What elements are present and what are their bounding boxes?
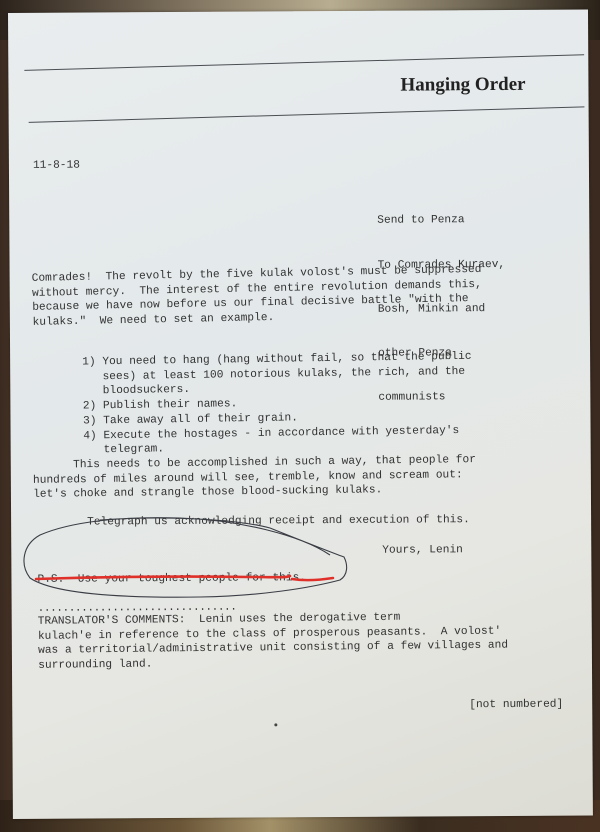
header-rule-top — [24, 54, 584, 71]
postscript: P.S. Use your toughest people for this. — [37, 571, 306, 587]
paper-speck — [274, 723, 277, 726]
document-page: Hanging Order 11-8-18 Send to Penza To C… — [8, 9, 593, 819]
document-title: Hanging Order — [400, 74, 525, 97]
translator-comments: TRANSLATOR'S COMMENTS: Lenin uses the de… — [38, 609, 509, 673]
signature: Yours, Lenin — [382, 543, 463, 558]
document-date: 11-8-18 — [33, 159, 80, 174]
orders-list: 1) You need to hang (hang without fail, … — [82, 350, 473, 459]
page-note: [not numbered] — [469, 698, 563, 713]
address-line: Send to Penza — [377, 213, 505, 228]
header-rule-bottom — [29, 106, 585, 123]
body-paragraph-3: Telegraph us acknowledging receipt and e… — [87, 513, 470, 530]
body-paragraph-1: Comrades! The revolt by the five kulak v… — [32, 263, 483, 331]
body-paragraph-2: This needs to be accomplished in such a … — [33, 453, 477, 503]
